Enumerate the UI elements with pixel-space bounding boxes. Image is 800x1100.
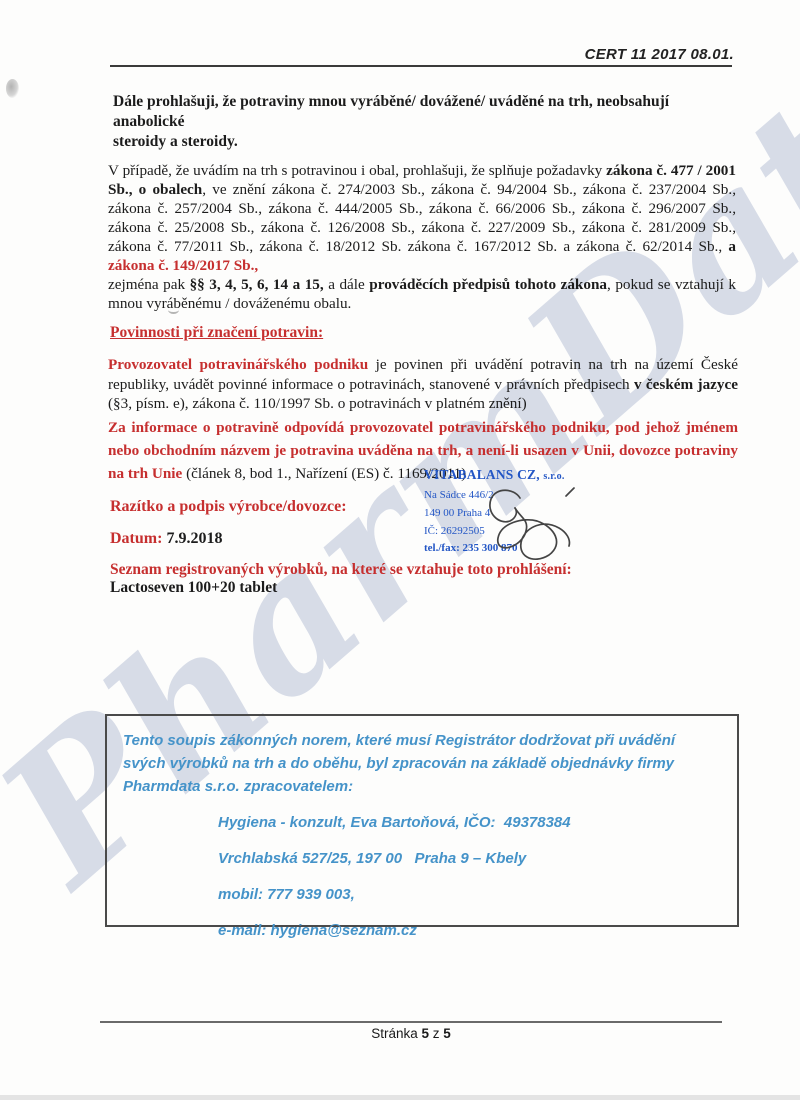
- processor-note-box: Tento soupis zákonných norem, které musí…: [105, 714, 739, 927]
- footer-page-number: Stránka 5 z 5: [100, 1026, 722, 1041]
- header-rule: [110, 65, 732, 67]
- labeling-paragraph-1: Provozovatel potravinářského podniku je …: [108, 355, 738, 414]
- note-paragraph: Tento soupis zákonných norem, které musí…: [123, 729, 721, 798]
- intro-line-1: Dále prohlašuji, že potraviny mnou vyráb…: [113, 93, 669, 130]
- contact-email: e-mail: hygiena@seznam.cz: [218, 920, 721, 942]
- labeling-paragraph-2: Za informace o potravině odpovídá provoz…: [108, 416, 738, 485]
- scanned-document-page: PharmData s.r.o. CERT 11 2017 08.01. Dál…: [0, 0, 800, 1100]
- footer-current-page: 5: [421, 1026, 429, 1041]
- contact-address: Vrchlabská 527/25, 197 00 Praha 9 – Kbel…: [218, 848, 721, 870]
- labeling-obligations-heading: Povinnosti při značení potravin:: [110, 324, 323, 342]
- registered-product-name: Lactoseven 100+20 tablet: [110, 579, 277, 597]
- law-sections-bold: §§ 3, 4, 5, 6, 14 a 15,: [190, 276, 324, 293]
- cert-code: CERT 11 2017 08.01.: [585, 46, 734, 63]
- footer-rule: [100, 1021, 722, 1023]
- scan-artifact-smudge: [6, 79, 19, 98]
- date-line: Datum: 7.9.2018: [110, 530, 222, 548]
- intro-line-2: steroidy a steroidy.: [113, 133, 238, 150]
- scan-edge-bottom: [0, 1095, 800, 1100]
- registered-products-label: Seznam registrovaných výrobků, na které …: [110, 561, 572, 579]
- contact-mobile: mobil: 777 939 003,: [218, 884, 721, 906]
- footer-total-pages: 5: [443, 1026, 451, 1041]
- law-paragraph-main: V případě, že uvádím na trh s potravinou…: [108, 161, 736, 256]
- date-label: Datum:: [110, 530, 162, 547]
- labeling-obligations-body: Provozovatel potravinářského podniku je …: [108, 355, 738, 485]
- law-amendment-red: zákona č. 149/2017 Sb.,: [108, 256, 736, 275]
- contact-name: Hygiena - konzult, Eva Bartoňová, IČO: 4…: [218, 812, 721, 834]
- operator-red-bold: Provozovatel potravinářského podniku: [108, 356, 368, 373]
- date-value: 7.9.2018: [162, 530, 222, 547]
- stamp-signature-label: Razítko a podpis výrobce/dovozce:: [110, 498, 347, 516]
- company-name: VITABALANS CZ, s.r.o.: [424, 468, 565, 484]
- packaging-law-paragraph: V případě, že uvádím na trh s potravinou…: [108, 161, 736, 313]
- intro-declaration: Dále prohlašuji, že potraviny mnou vyráb…: [113, 92, 737, 152]
- law-paragraph-continuation: zejména pak §§ 3, 4, 5, 6, 14 a 15, a dá…: [108, 275, 736, 313]
